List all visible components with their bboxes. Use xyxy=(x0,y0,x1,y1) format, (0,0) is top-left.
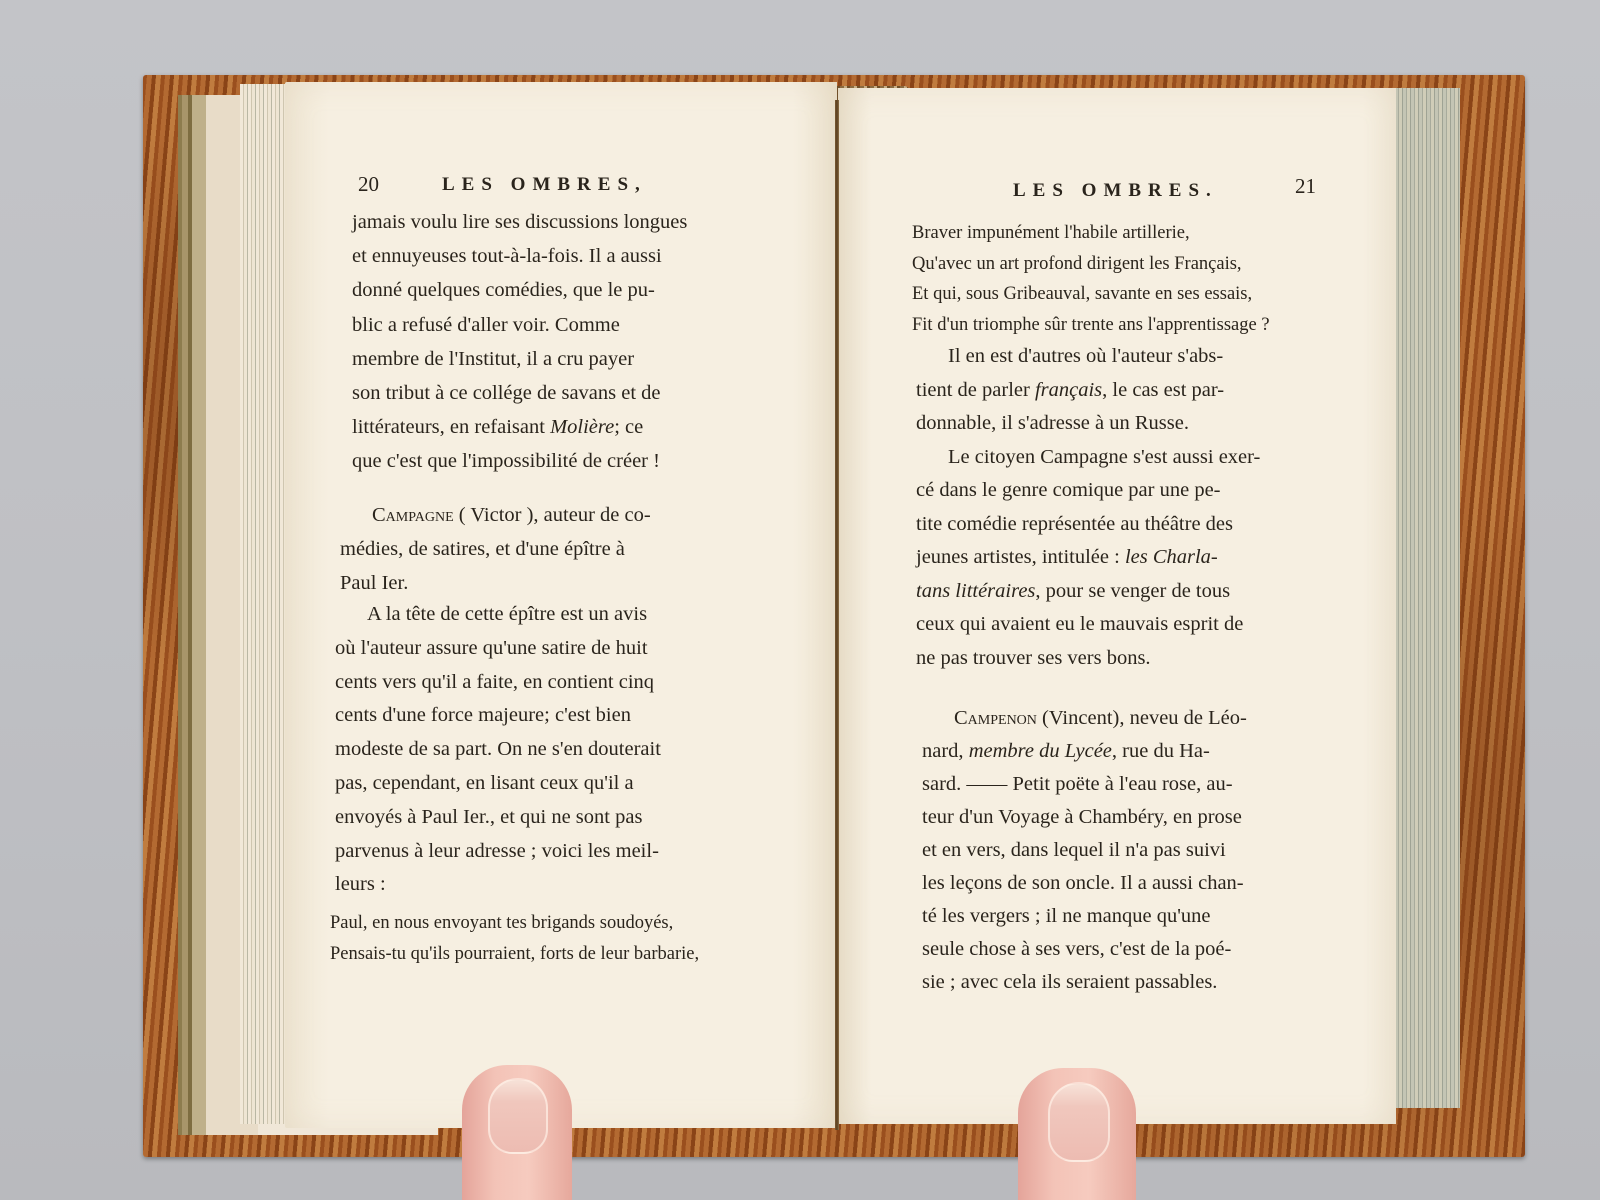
text-line: littérateurs, en refaisant Molière; ce xyxy=(352,410,764,444)
text-line: Il en est d'autres où l'auteur s'abs- xyxy=(916,340,1336,374)
running-head-right: LES OMBRES. xyxy=(1013,180,1218,202)
text-line: blic a refusé d'aller voir. Comme xyxy=(352,308,764,342)
text-line: envoyés à Paul Ier., et qui ne sont pas xyxy=(335,801,755,835)
left-thumbnail xyxy=(488,1078,548,1154)
right-paragraph-1: Il en est d'autres où l'auteur s'abs- ti… xyxy=(916,340,1336,675)
text-line: tans littéraires, pour se venger de tous xyxy=(916,575,1336,609)
right-verse: Braver impunément l'habile artillerie, Q… xyxy=(912,218,1352,340)
text-line: sie ; avec cela ils seraient passables. xyxy=(922,966,1340,999)
page-number-left: 20 xyxy=(358,172,379,197)
text-line: cents d'une force majeure; c'est bien xyxy=(335,699,755,733)
text-line: Campenon (Vincent), neveu de Léo- xyxy=(922,702,1340,735)
text-line: où l'auteur assure qu'une satire de huit xyxy=(335,632,755,666)
text-line: jamais voulu lire ses discussions longue… xyxy=(352,205,764,239)
text-line: cents vers qu'il a faite, en contient ci… xyxy=(335,666,755,700)
text-line: ceux qui avaient eu le mauvais esprit de xyxy=(916,608,1336,642)
verse-line: Et qui, sous Gribeauval, savante en ses … xyxy=(912,279,1352,310)
text-line: membre de l'Institut, il a cru payer xyxy=(352,342,764,376)
text-line: ne pas trouver ses vers bons. xyxy=(916,642,1336,676)
verse-line: Qu'avec un art profond dirigent les Fran… xyxy=(912,249,1352,280)
text-line: médies, de satires, et d'une épître à xyxy=(340,532,760,566)
text-line: que c'est que l'impossibilité de créer ! xyxy=(352,444,764,478)
text-line: son tribut à ce collége de savans et de xyxy=(352,376,764,410)
text-line: seule chose à ses vers, c'est de la poé- xyxy=(922,933,1340,966)
gutter xyxy=(835,100,839,1130)
text-line: A la tête de cette épître est un avis xyxy=(335,598,755,632)
text-line: teur d'un Voyage à Chambéry, en prose xyxy=(922,801,1340,834)
verse-line: Paul, en nous envoyant tes brigands soud… xyxy=(330,908,770,939)
text-line: pas, cependant, en lisant ceux qu'il a xyxy=(335,767,755,801)
text-line: donnable, il s'adresse à un Russe. xyxy=(916,407,1336,441)
text-line: parvenus à leur adresse ; voici les meil… xyxy=(335,835,755,869)
entry-name: Campenon xyxy=(954,707,1037,729)
text-line: té les vergers ; il ne manque qu'une xyxy=(922,900,1340,933)
left-paragraph-2: A la tête de cette épître est un avis où… xyxy=(335,598,755,902)
text-line: cé dans le genre comique par une pe- xyxy=(916,474,1336,508)
text-line: et en vers, dans lequel il n'a pas suivi xyxy=(922,834,1340,867)
verse-line: Fit d'un triomphe sûr trente ans l'appre… xyxy=(912,310,1352,341)
text-line: tite comédie représentée au théâtre des xyxy=(916,508,1336,542)
entry-campagne: Campagne ( Victor ), auteur de co- médie… xyxy=(340,498,760,601)
text-line: modeste de sa part. On ne s'en douterait xyxy=(335,733,755,767)
left-verse: Paul, en nous envoyant tes brigands soud… xyxy=(330,908,770,969)
text-line: nard, membre du Lycée, rue du Ha- xyxy=(922,735,1340,768)
left-page-text: jamais voulu lire ses discussions longue… xyxy=(352,205,764,479)
text-line: sard. —— Petit poëte à l'eau rose, au- xyxy=(922,768,1340,801)
text-line: tient de parler français, le cas est par… xyxy=(916,374,1336,408)
text-line: Campagne ( Victor ), auteur de co- xyxy=(340,498,760,532)
verse-line: Braver impunément l'habile artillerie, xyxy=(912,218,1352,249)
right-thumbnail xyxy=(1048,1082,1110,1162)
text-line: leurs : xyxy=(335,868,755,902)
text-line: Paul Ier. xyxy=(340,566,760,600)
text-line: jeunes artistes, intitulée : les Charla- xyxy=(916,541,1336,575)
page-number-right: 21 xyxy=(1295,174,1316,199)
page-edges-right xyxy=(1395,88,1460,1108)
running-head-left: LES OMBRES, xyxy=(442,174,647,196)
text-line: Le citoyen Campagne s'est aussi exer- xyxy=(916,441,1336,475)
text-line: les leçons de son oncle. Il a aussi chan… xyxy=(922,867,1340,900)
text-line: donné quelques comédies, que le pu- xyxy=(352,273,764,307)
verse-line: Pensais-tu qu'ils pourraient, forts de l… xyxy=(330,939,770,970)
entry-campenon: Campenon (Vincent), neveu de Léo- nard, … xyxy=(922,702,1340,999)
italic-moliere: Molière xyxy=(550,416,614,438)
text-line: et ennuyeuses tout-à-la-fois. Il a aussi xyxy=(352,239,764,273)
entry-name: Campagne xyxy=(372,504,454,526)
